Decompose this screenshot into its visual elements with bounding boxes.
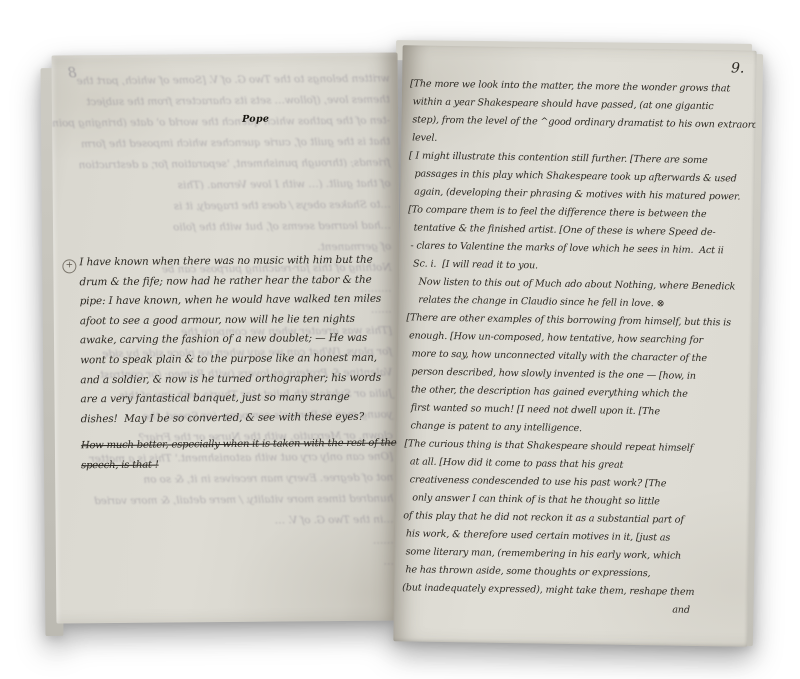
showthrough-line: that is the guilt of, curie quenches whi… — [66, 132, 390, 156]
right-page: 9. [The more we look into the matter, th… — [393, 45, 756, 646]
showthrough-line: hundred times more vitality. / mere deta… — [69, 489, 393, 513]
manuscript-text-block: [The more we look into the matter, the m… — [402, 75, 756, 620]
quote-line: pipe: I have known, when he would have w… — [80, 290, 396, 312]
page-number: 9. — [731, 60, 745, 76]
quote-line: and a soldier, & now is he turned orthog… — [80, 368, 396, 390]
showthrough-line: -ten of the pathos which quench the worl… — [66, 111, 390, 135]
annotation-pope: Pope — [242, 114, 269, 125]
quote-line: afoot to see a good armour, now will he … — [80, 309, 396, 331]
struck-line: How much better, especially when it is t… — [81, 434, 397, 456]
quote-lines: I have known when there was no music wit… — [79, 251, 397, 430]
struck-sentence: How much better, especially when it is t… — [81, 434, 397, 476]
showthrough-line: written belongs to the Two G. of V. [Som… — [66, 69, 390, 93]
showthrough-line: … — [70, 552, 394, 576]
quote-line: drum & the fife; now had he rather hear … — [79, 270, 395, 292]
open-notebook: 8 written belongs to the Two G. of V. [S… — [40, 28, 762, 644]
margin-mark-circle: + — [62, 259, 76, 273]
showthrough-line: …to Shakes obeys / does the tragedy, it … — [67, 195, 391, 219]
quote-line: wont to speak plain & to the purpose lik… — [80, 348, 396, 370]
manuscript-photo: 8 written belongs to the Two G. of V. [S… — [0, 0, 800, 679]
left-page: 8 written belongs to the Two G. of V. [S… — [52, 53, 403, 624]
showthrough-line: …in the Two G. of V. … — [70, 510, 394, 534]
showthrough-line: …… — [70, 531, 394, 555]
showthrough-line: themes love, (follow… sets its character… — [66, 90, 390, 114]
quote-line: are a very fantastical banquet, just so … — [80, 388, 396, 410]
showthrough-line: friends; (through punishment, 'separatio… — [66, 153, 390, 177]
quote-line: awake, carving the fashion of a new doub… — [80, 329, 396, 351]
quote-line: I have known when there was no music wit… — [79, 251, 395, 273]
showthrough-line: of that guilt. (… with I love Verona. (T… — [67, 174, 391, 198]
showthrough-line: …had learned seems of, but with the foli… — [67, 216, 391, 240]
manuscript-lines: [The more we look into the matter, the m… — [402, 75, 756, 602]
quote-line: dishes! May I be so converted, & see wit… — [81, 407, 397, 429]
quotation-block: I have known when there was no music wit… — [79, 251, 397, 476]
struck-line: speech, is that ! — [81, 453, 397, 475]
